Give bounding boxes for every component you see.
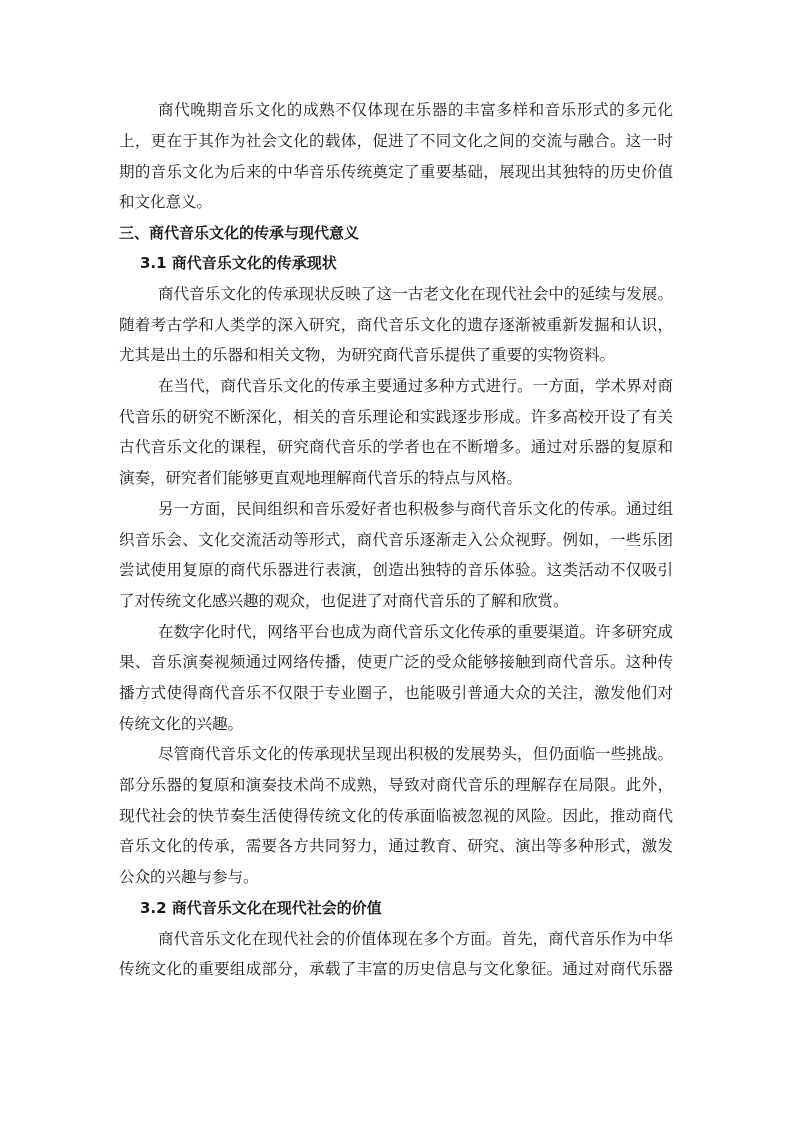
paragraph-line: 尤其是出土的乐器和相关文物，为研究商代音乐提供了重要的实物资料。 <box>119 340 673 370</box>
paragraph-line: 尽管商代音乐文化的传承现状呈现出积极的发展势头，但仍面临一些挑战。 <box>158 739 673 769</box>
paragraph-line: 果、音乐演奏视频通过网络传播，使更广泛的受众能够接触到商代音乐。这种传 <box>119 647 673 677</box>
paragraph-line: 公众的兴趣与参与。 <box>119 862 673 892</box>
paragraph-line: 传统文化的兴趣。 <box>119 709 673 739</box>
subsection-heading: 3.2 商代音乐文化在现代社会的价值 <box>140 893 673 923</box>
paragraph-line: 商代晚期音乐文化的成熟不仅体现在乐器的丰富多样和音乐形式的多元化 <box>158 95 673 125</box>
paragraph-line: 商代音乐文化在现代社会的价值体现在多个方面。首先，商代音乐作为中华 <box>158 924 673 954</box>
section-heading: 三、商代音乐文化的传承与现代意义 <box>119 218 673 248</box>
paragraph-line: 演奏，研究者们能够更直观地理解商代音乐的特点与风格。 <box>119 463 673 493</box>
paragraph-line: 期的音乐文化为后来的中华音乐传统奠定了重要基础，展现出其独特的历史价值 <box>119 157 673 187</box>
paragraph-line: 另一方面，民间组织和音乐爱好者也积极参与商代音乐文化的传承。通过组 <box>158 494 673 524</box>
paragraph-line: 在当代，商代音乐文化的传承主要通过多种方式进行。一方面，学术界对商 <box>158 371 673 401</box>
paragraph-line: 尝试使用复原的商代乐器进行表演，创造出独特的音乐体验。这类活动不仅吸引 <box>119 555 673 585</box>
paragraph-line: 传统文化的重要组成部分，承载了丰富的历史信息与文化象征。通过对商代乐器 <box>119 954 673 984</box>
paragraph-line: 上，更在于其作为社会文化的载体，促进了不同文化之间的交流与融合。这一时 <box>119 126 673 156</box>
paragraph-line: 部分乐器的复原和演奏技术尚不成熟，导致对商代音乐的理解存在局限。此外， <box>119 770 673 800</box>
paragraph-line: 在数字化时代，网络平台也成为商代音乐文化传承的重要渠道。许多研究成 <box>158 617 673 647</box>
paragraph-line: 音乐文化的传承，需要各方共同努力，通过教育、研究、演出等多种形式，激发 <box>119 831 673 861</box>
subsection-heading: 3.1 商代音乐文化的传承现状 <box>140 248 673 278</box>
paragraph-line: 织音乐会、文化交流活动等形式，商代音乐逐渐走入公众视野。例如，一些乐团 <box>119 525 673 555</box>
paragraph-line: 了对传统文化感兴趣的观众，也促进了对商代音乐的了解和欣赏。 <box>119 586 673 616</box>
document-page: 商代晚期音乐文化的成熟不仅体现在乐器的丰富多样和音乐形式的多元化 上，更在于其作… <box>0 0 793 1122</box>
paragraph-line: 播方式使得商代音乐不仅限于专业圈子，也能吸引普通大众的关注，激发他们对 <box>119 678 673 708</box>
paragraph-line: 现代社会的快节奏生活使得传统文化的传承面临被忽视的风险。因此，推动商代 <box>119 801 673 831</box>
paragraph-line: 古代音乐文化的课程，研究商代音乐的学者也在不断增多。通过对乐器的复原和 <box>119 432 673 462</box>
paragraph-line: 代音乐的研究不断深化，相关的音乐理论和实践逐步形成。许多高校开设了有关 <box>119 402 673 432</box>
paragraph-line: 商代音乐文化的传承现状反映了这一古老文化在现代社会中的延续与发展。 <box>158 279 673 309</box>
paragraph-line: 和文化意义。 <box>119 187 673 217</box>
paragraph-line: 随着考古学和人类学的深入研究，商代音乐文化的遗存逐渐被重新发掘和认识， <box>119 310 673 340</box>
